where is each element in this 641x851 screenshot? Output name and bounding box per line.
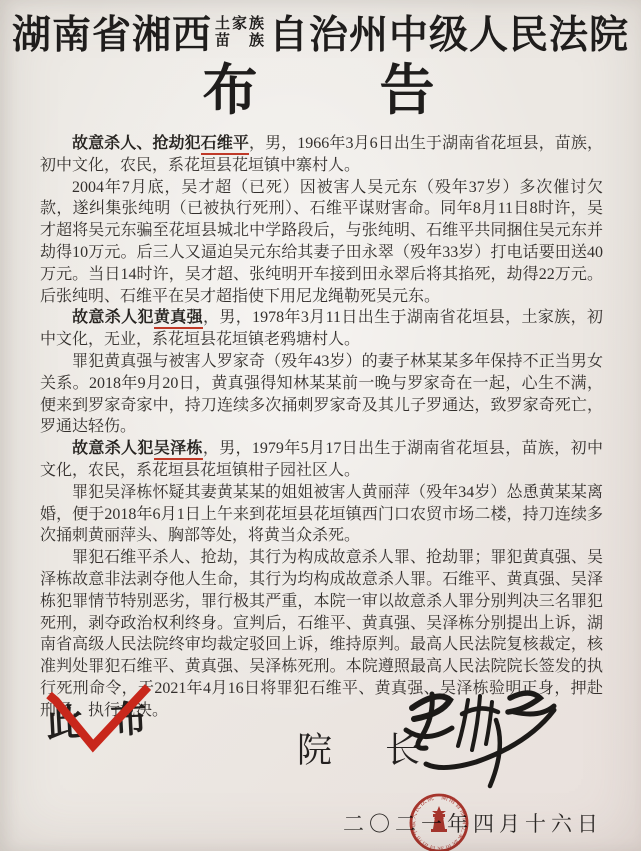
- ethnic-bottom: 苗 族: [215, 32, 266, 49]
- crime-lead: 故意杀人犯: [72, 309, 154, 326]
- criminal-name-shiweiping: 石维平: [201, 135, 249, 155]
- paragraph-huangzhenqiang-intro: 故意杀人犯黄真强，男，1978年3月11日出生于湖南省花垣县，土家族，初中文化，…: [40, 307, 603, 351]
- crime-lead: 故意杀人、抢劫犯: [72, 135, 201, 152]
- notice-header: 湖南省湘西 土家族 苗 族 自治州中级人民法院 布 告: [0, 0, 641, 118]
- criminal-name-wuzedong: 吴泽栋: [154, 440, 203, 460]
- paragraph-huangzhenqiang-facts: 罪犯黄真强与被害人罗家奇（殁年43岁）的妻子林某某多年保持不正当男女关系。201…: [40, 351, 603, 438]
- court-name-suffix: 自治州中级人民法院: [269, 13, 629, 59]
- court-name-line: 湖南省湘西 土家族 苗 族 自治州中级人民法院: [0, 13, 641, 59]
- criminal-name-huangzhenqiang: 黄真强: [154, 309, 203, 329]
- notice-paper: 湖南省湘西 土家族 苗 族 自治州中级人民法院 布 告 故意杀人、抢劫犯石维平，…: [0, 0, 641, 851]
- crime-lead: 故意杀人犯: [72, 440, 154, 457]
- paragraph-wuzedong-facts: 罪犯吴泽栋怀疑其妻黄某某的姐姐被害人黄丽萍（殁年34岁）怂恿黄某某离婚，便于20…: [40, 482, 603, 547]
- paragraph-wuzedong-intro: 故意杀人犯吴泽栋，男，1979年5月17日出生于湖南省花垣县，苗族，初中文化，农…: [40, 438, 603, 482]
- issue-date: 二〇二一年四月十六日: [343, 808, 603, 838]
- ethnic-stack: 土家族 苗 族: [215, 15, 266, 49]
- notice-title: 布 告: [0, 62, 641, 118]
- ethnic-top: 土家族: [215, 15, 266, 32]
- court-seal: 湖南省湘西土家族苗族自治州中级人民法院: [407, 792, 471, 851]
- paragraph-shiweiping-facts: 2004年7月底，吴才超（已死）因被害人吴元东（殁年37岁）多次催讨欠款，遂纠集…: [40, 177, 603, 308]
- paragraph-shiweiping-intro: 故意杀人、抢劫犯石维平，男，1966年3月6日出生于湖南省花垣县，苗族，初中文化…: [40, 133, 603, 177]
- red-checkmark-icon: [44, 680, 156, 768]
- notice-body: 故意杀人、抢劫犯石维平，男，1966年3月6日出生于湖南省花垣县，苗族，初中文化…: [40, 133, 603, 722]
- court-name-prefix: 湖南省湘西: [12, 13, 212, 59]
- president-signature: [398, 686, 574, 794]
